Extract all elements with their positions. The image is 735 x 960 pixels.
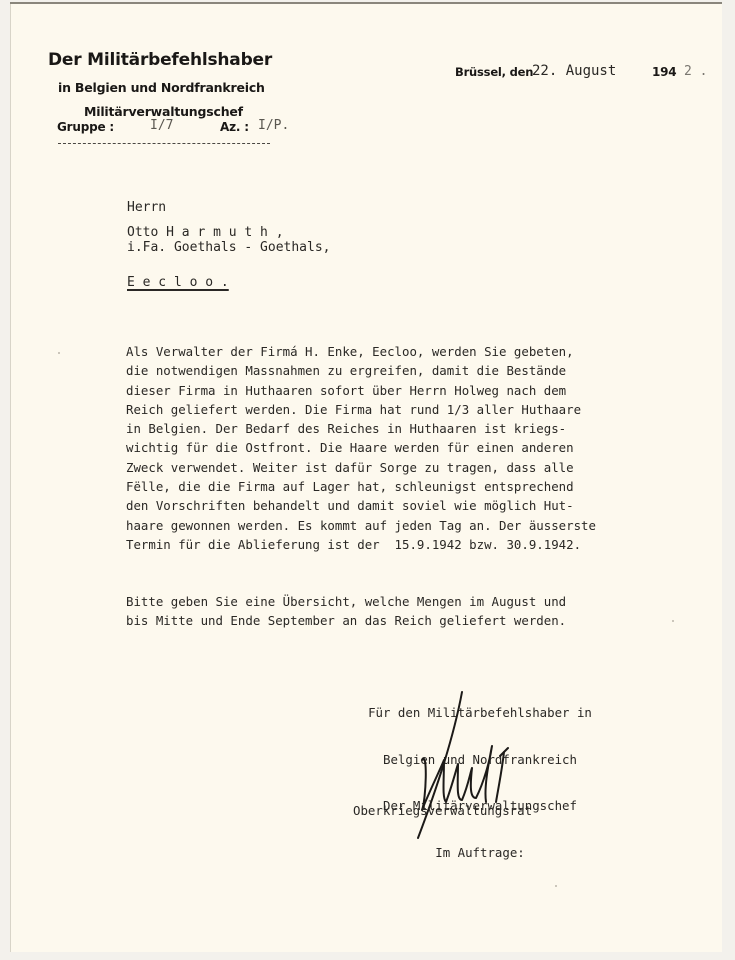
body-line: haare gewonnen werden. Es kommt auf jede… [126, 516, 596, 535]
place-label: Brüssel, den [455, 65, 533, 79]
address-company: i.Fa. Goethals - Goethals, [127, 240, 331, 255]
letterhead-subtitle: in Belgien und Nordfrankreich [58, 80, 265, 95]
letterhead-department: Militärverwaltungschef [84, 104, 243, 119]
signer-title: Oberkriegsverwaltungsrat [353, 803, 532, 818]
letterhead-divider [58, 143, 270, 145]
body-paragraph-1: Als Verwalter der Firmá H. Enke, Eecloo,… [126, 342, 596, 554]
address-city: E e c l o o . [127, 275, 229, 290]
paper-speck [58, 352, 60, 354]
year-prefix: 194 [652, 65, 676, 79]
year-suffix: 2 . [684, 64, 707, 79]
gruppe-value: I/7 [150, 118, 173, 133]
address-salutation: Herrn [127, 200, 166, 215]
letter-date: 22. August [532, 63, 616, 79]
body-line: die notwendigen Massnahmen zu ergreifen,… [126, 361, 596, 380]
body-line: in Belgien. Der Bedarf des Reiches in Hu… [126, 419, 596, 438]
body-line: Termin für die Ablieferung ist der 15.9.… [126, 535, 596, 554]
paper-speck [555, 885, 557, 887]
body-line: bis Mitte und Ende September an das Reic… [126, 611, 566, 630]
body-line: Bitte geben Sie eine Übersicht, welche M… [126, 592, 566, 611]
gruppe-label: Gruppe : [57, 120, 114, 134]
body-line: Zweck verwendet. Weiter ist dafür Sorge … [126, 458, 596, 477]
body-line: wichtig für die Ostfront. Die Haare werd… [126, 438, 596, 457]
closing-line: Im Auftrage: [330, 845, 630, 861]
body-line: Als Verwalter der Firmá H. Enke, Eecloo,… [126, 342, 596, 361]
address-name: Otto H a r m u t h , [127, 225, 284, 240]
letterhead-title: Der Militärbefehlshaber [48, 50, 272, 70]
body-line: Reich geliefert werden. Die Firma hat ru… [126, 400, 596, 419]
az-value: I/P. [258, 118, 289, 133]
paper-speck [672, 620, 674, 622]
body-paragraph-2: Bitte geben Sie eine Übersicht, welche M… [126, 592, 566, 631]
body-line: dieser Firma in Huthaaren sofort über He… [126, 381, 596, 400]
body-line: Fëlle, die die Firma auf Lager hat, schl… [126, 477, 596, 496]
az-label: Az. : [220, 120, 249, 134]
body-line: den Vorschriften behandelt und damit sov… [126, 496, 596, 515]
